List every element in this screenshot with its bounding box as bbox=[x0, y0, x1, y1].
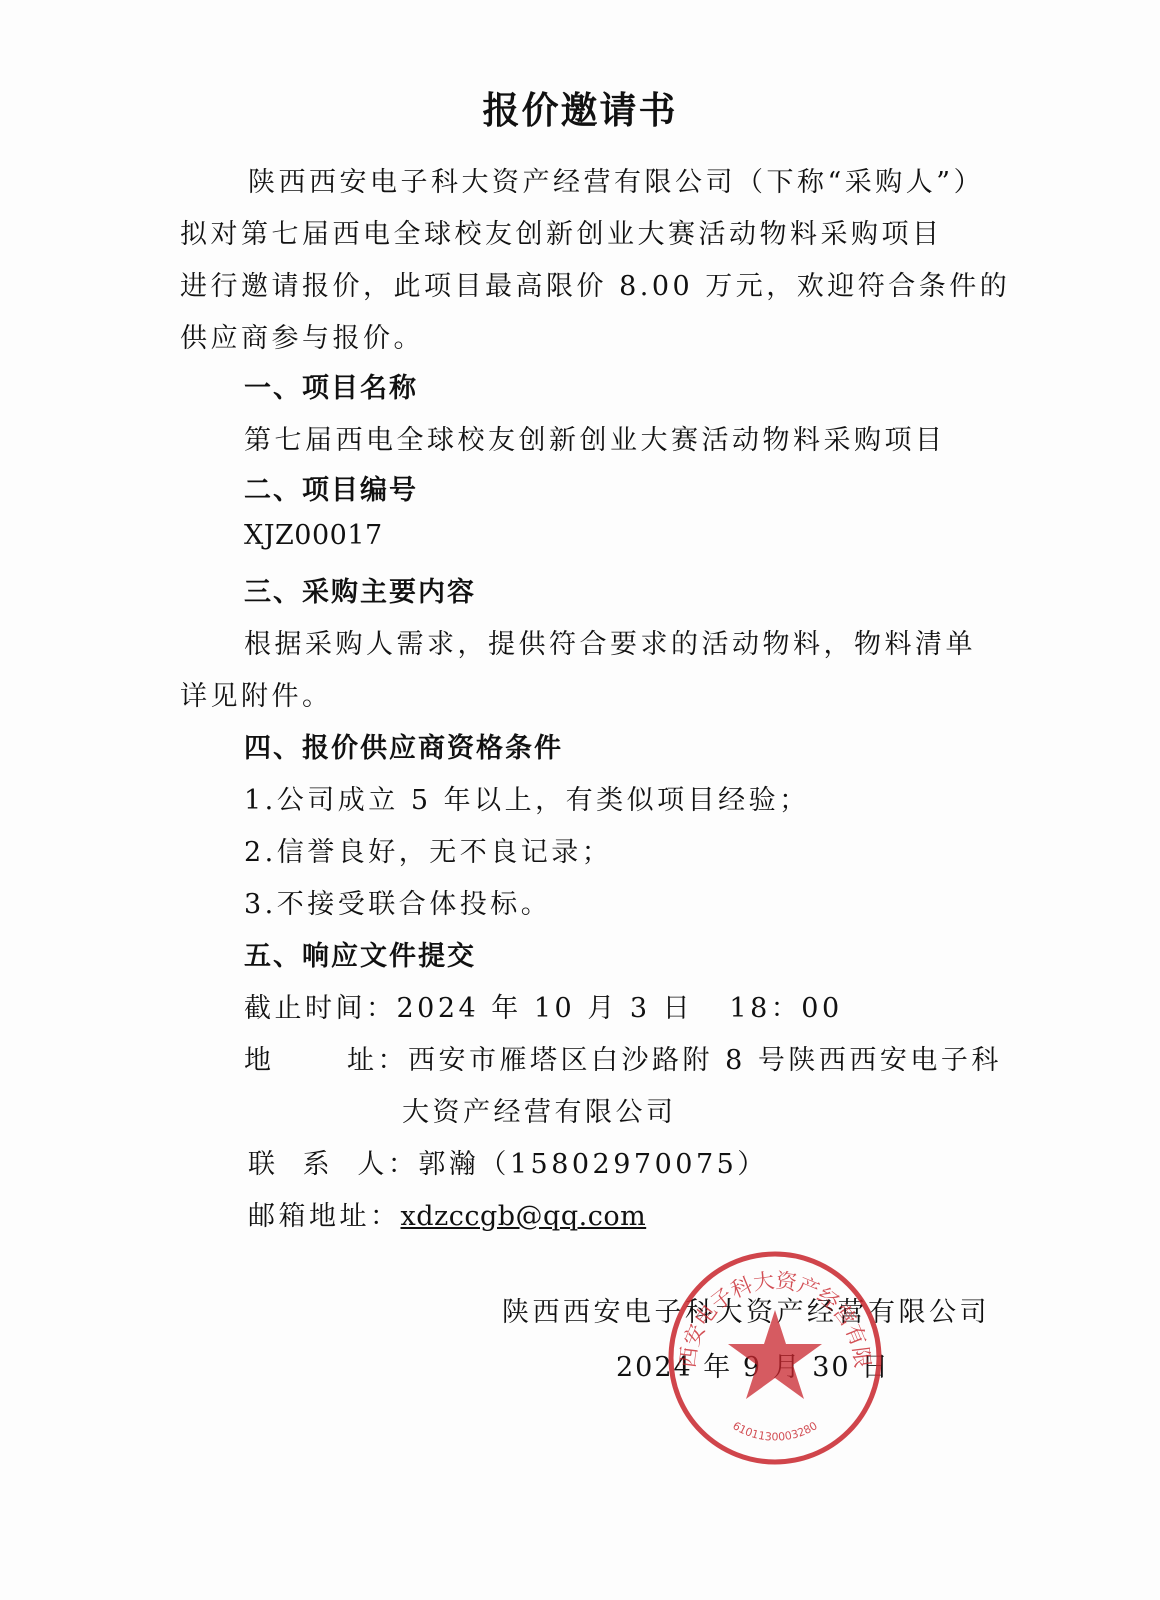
section-heading-submission: 五、响应文件提交 bbox=[244, 934, 476, 973]
section-heading-content: 三、采购主要内容 bbox=[244, 570, 476, 609]
project-number-value: XJZ00017 bbox=[244, 520, 383, 551]
address-row: 地 址：西安市雁塔区白沙路附 8 号陕西西安电子科 bbox=[244, 1038, 1002, 1077]
email-label: 邮箱地址： bbox=[248, 1201, 401, 1232]
document-page: 报价邀请书 陕西西安电子科大资产经营有限公司（下称“采购人”） 拟对第七届西电全… bbox=[0, 0, 1160, 1600]
section-heading-project-name: 一、项目名称 bbox=[244, 366, 418, 405]
company-seal-icon: 陕西西安电子科大资产经营有限公司 6101130003280 bbox=[665, 1248, 885, 1468]
address-line-2: 大资产经营有限公司 bbox=[402, 1090, 677, 1129]
intro-line-3: 进行邀请报价，此项目最高限价 8.00 万元，欢迎符合条件的 bbox=[180, 264, 1010, 303]
qualification-1: 1.公司成立 5 年以上，有类似项目经验； bbox=[244, 778, 810, 817]
address-label: 地 址： bbox=[244, 1045, 408, 1076]
document-title: 报价邀请书 bbox=[0, 80, 1160, 134]
contact-value: 郭瀚（15802970075） bbox=[418, 1149, 767, 1180]
qualification-3: 3.不接受联合体投标。 bbox=[244, 882, 551, 921]
project-name-value: 第七届西电全球校友创新创业大赛活动物料采购项目 bbox=[244, 418, 946, 457]
content-line-2: 详见附件。 bbox=[180, 674, 333, 713]
address-line-1: 西安市雁塔区白沙路附 8 号陕西西安电子科 bbox=[408, 1045, 1002, 1076]
intro-line-2: 拟对第七届西电全球校友创新创业大赛活动物料采购项目 bbox=[180, 212, 943, 251]
deadline-value: 2024 年 10 月 3 日 18：00 bbox=[397, 993, 843, 1024]
contact-label: 联 系 人： bbox=[248, 1149, 418, 1180]
intro-line-1: 陕西西安电子科大资产经营有限公司（下称“采购人”） bbox=[248, 160, 984, 199]
svg-text:6101130003280: 6101130003280 bbox=[730, 1419, 819, 1443]
section-heading-project-number: 二、项目编号 bbox=[244, 468, 418, 507]
intro-line-4: 供应商参与报价。 bbox=[180, 316, 424, 355]
deadline-row: 截止时间：2024 年 10 月 3 日 18：00 bbox=[244, 986, 843, 1025]
contact-row: 联 系 人：郭瀚（15802970075） bbox=[248, 1142, 768, 1181]
email-row: 邮箱地址：xdzccgb@qq.com bbox=[248, 1194, 646, 1233]
deadline-label: 截止时间： bbox=[244, 993, 397, 1024]
email-link[interactable]: xdzccgb@qq.com bbox=[401, 1201, 647, 1232]
section-heading-qualifications: 四、报价供应商资格条件 bbox=[244, 726, 563, 765]
content-line-1: 根据采购人需求，提供符合要求的活动物料，物料清单 bbox=[244, 622, 976, 661]
qualification-2: 2.信誉良好，无不良记录； bbox=[244, 830, 612, 869]
